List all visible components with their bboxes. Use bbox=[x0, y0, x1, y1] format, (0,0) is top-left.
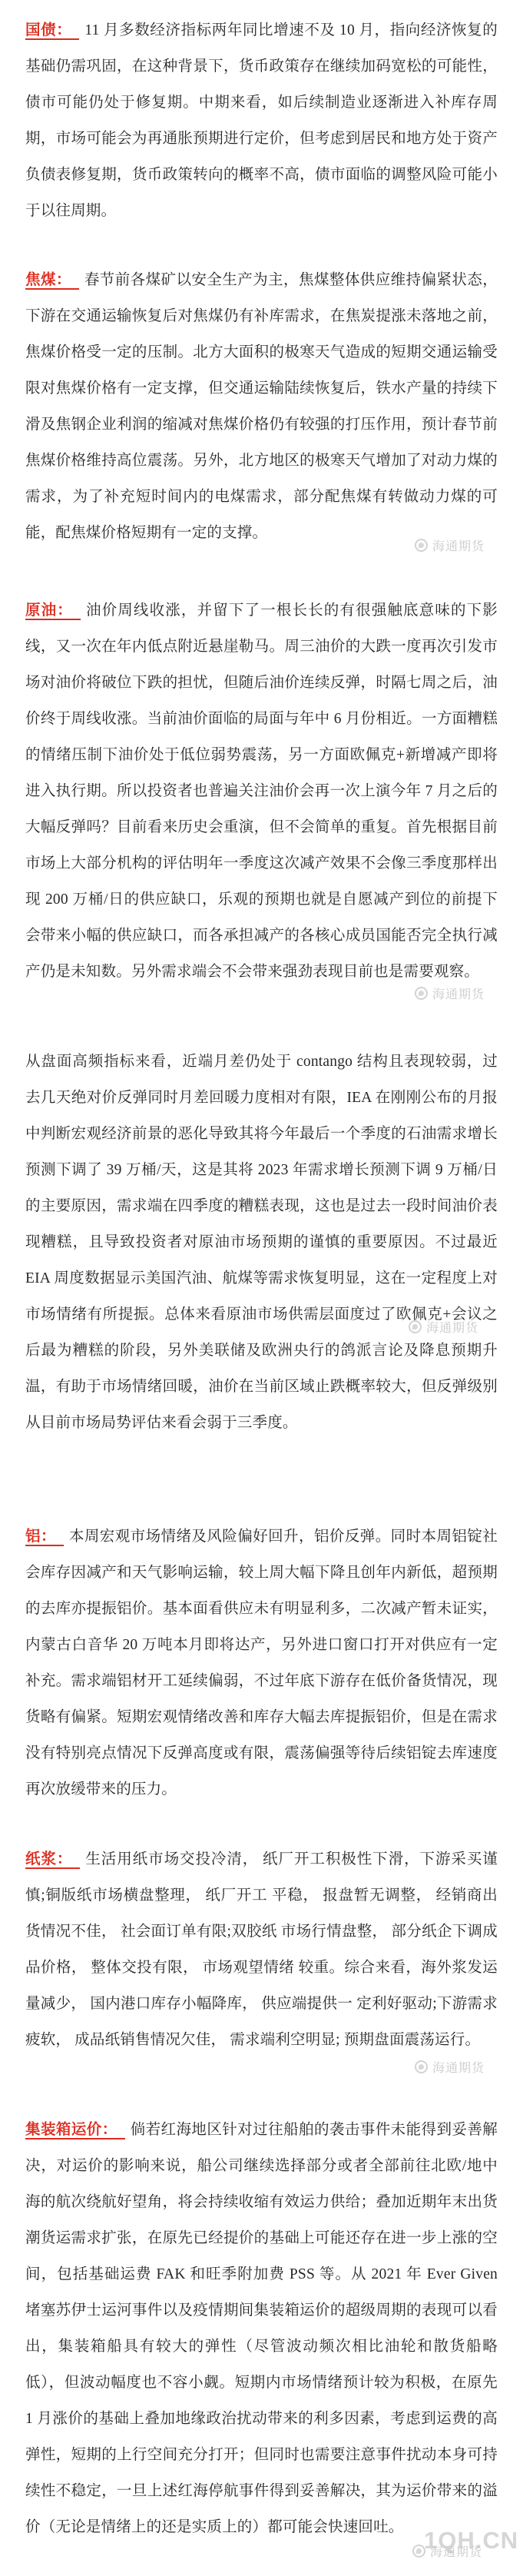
section-header-treasury-bonds: 国债： bbox=[25, 22, 79, 40]
section-aluminum: 铝：本周宏观市场情绪及风险偏好回升，铝价反弹。同时本周铝锭社会库存因减产和天气影… bbox=[25, 1519, 498, 1808]
section-treasury-bonds: 国债：11 月多数经济指标两年同比增速不及 10 月，指向经济恢复的基础仍需巩固… bbox=[25, 12, 498, 229]
section-body-crude-oil: 油价周线收涨，并留下了一根长长的有很强触底意味的下影线，又一次在年内低点附近悬崖… bbox=[25, 603, 498, 980]
section-body-crude-oil-indicators: 从盘面高频指标来看，近端月差仍处于 contango 结构且表现较弱，过去几天绝… bbox=[25, 1054, 498, 1431]
section-header-crude-oil: 原油： bbox=[25, 603, 81, 620]
section-body-coking-coal: 春节前各煤矿以安全生产为主，焦煤整体供应维持偏紧状态，下游在交通运输恢复后对焦煤… bbox=[25, 272, 498, 541]
haitong-logo-icon bbox=[415, 539, 428, 552]
section-header-pulp: 纸浆： bbox=[25, 1851, 80, 1869]
section-container-freight: 集装箱运价：倘若红海地区针对过往船舶的袭击事件未能得到妥善解决，对运价的影响来说… bbox=[25, 2112, 498, 2545]
section-coking-coal: 焦煤：春节前各煤矿以安全生产为主，焦煤整体供应维持偏紧状态，下游在交通运输恢复后… bbox=[25, 262, 498, 551]
section-body-pulp: 生活用纸市场交投冷清， 纸厂开工积极性下滑，下游采买谨慎;铜版纸市场横盘整理， … bbox=[25, 1851, 498, 2048]
haitong-watermark: 海通期货 bbox=[415, 984, 485, 1002]
section-header-aluminum: 铝： bbox=[25, 1529, 64, 1546]
haitong-logo-icon bbox=[415, 2060, 428, 2073]
haitong-watermark-label: 海通期货 bbox=[432, 2058, 485, 2076]
haitong-watermark-label: 海通期货 bbox=[430, 2542, 482, 2560]
haitong-watermark-label: 海通期货 bbox=[432, 536, 485, 554]
haitong-watermark: 海通期货 bbox=[415, 2058, 485, 2076]
section-crude-oil: 原油：油价周线收涨，并留下了一根长长的有很强触底意味的下影线，又一次在年内低点附… bbox=[25, 593, 498, 990]
section-crude-oil-indicators: 从盘面高频指标来看，近端月差仍处于 contango 结构且表现较弱，过去几天绝… bbox=[25, 1044, 498, 1441]
haitong-logo-icon bbox=[409, 1320, 422, 1333]
section-body-container-freight: 倘若红海地区针对过往船舶的袭击事件未能得到妥善解决，对运价的影响来说，船公司继续… bbox=[25, 2122, 498, 2535]
research-note-page: 国债：11 月多数经济指标两年同比增速不及 10 月，指向经济恢复的基础仍需巩固… bbox=[0, 0, 523, 2576]
section-body-aluminum: 本周宏观市场情绪及风险偏好回升，铝价反弹。同时本周铝锭社会库存因减产和天气影响运… bbox=[25, 1529, 498, 1798]
section-pulp: 纸浆：生活用纸市场交投冷清， 纸厂开工积极性下滑，下游采买谨慎;铜版纸市场横盘整… bbox=[25, 1841, 498, 2058]
haitong-logo-icon bbox=[412, 2544, 425, 2558]
section-body-treasury-bonds: 11 月多数经济指标两年同比增速不及 10 月，指向经济恢复的基础仍需巩固，在这… bbox=[25, 22, 498, 219]
haitong-watermark: 海通期货 bbox=[415, 536, 485, 554]
haitong-watermark-label: 海通期货 bbox=[426, 1318, 478, 1336]
haitong-watermark-label: 海通期货 bbox=[432, 984, 485, 1002]
section-header-container-freight: 集装箱运价： bbox=[25, 2122, 125, 2139]
section-header-coking-coal: 焦煤： bbox=[25, 272, 79, 290]
haitong-watermark: 海通期货 bbox=[412, 2542, 482, 2560]
haitong-watermark: 海通期货 bbox=[409, 1318, 478, 1336]
haitong-logo-icon bbox=[415, 987, 428, 1000]
